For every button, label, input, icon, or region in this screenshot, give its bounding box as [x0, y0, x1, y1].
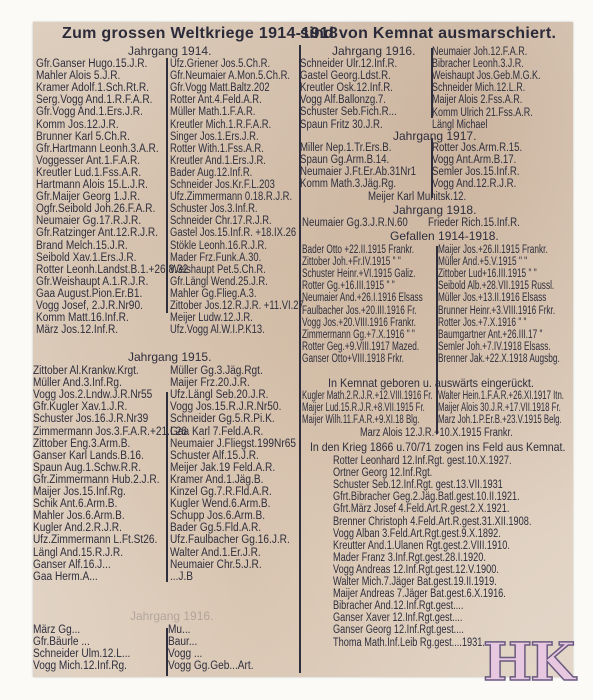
veteran-entry: Rotter Leonhard 12.Inf.Rgt. gest.10.X.19…	[333, 455, 512, 468]
name-entry: Kreutler Mich.1.R.F.A.R.	[170, 119, 271, 132]
heading-jahrgang-1916-faded: Jahrgang 1916.	[130, 610, 213, 623]
fallen-entry: Rotter Geg.+9.VIII.1917 Mazed.	[302, 341, 419, 354]
name-entry: Kramer Adolf.1.Sch.Rt.R.	[36, 82, 149, 95]
name-entry: Meijer Ludw.12.J.R.	[170, 312, 253, 325]
name-entry: Ufz.Vogg Al.W.I.P.K13.	[170, 324, 265, 337]
plaque-title-right: sind von Kemnat ausmarschiert.	[300, 27, 556, 40]
name-entry: Gaa Karl 7.Feld.A.R.	[170, 426, 263, 439]
name-entry: Ogfr.Seibold Joh.26.F.A.R.	[36, 203, 155, 216]
born-entry: Kugler Math.2.R.J.R.+12.VIII.1916 Fr.	[302, 390, 433, 403]
fallen-entry: Brenner Jak.+22.X.1918 Augsbg.	[438, 353, 560, 366]
veteran-entry: Thoma Math.Inf.Leib Rg.gest....1931.	[333, 637, 485, 650]
name-entry: Neumaier Chr.5.J.R.	[170, 559, 262, 572]
name-entry: Vogg Jos.15.R.J.R.Nr50.	[170, 401, 281, 414]
name-entry: Mahler Gg.Flieg.A.3.	[170, 288, 256, 301]
heading-jahrgang-1916: Jahrgang 1916.	[332, 45, 415, 58]
name-entry: Kreutler Lud.1.Fss.A.R.	[36, 167, 141, 180]
fallen-entry: Rotter Jos.+7.X.1916 " "	[438, 317, 527, 330]
name-entry: Hartmann Alois 15.L.J.R.	[36, 179, 148, 192]
fallen-entry: Seibold Alb.+28.VII.1915 Russl.	[438, 280, 554, 293]
name-entry: Weishaupt Jos.Geb.M.G.K.	[432, 70, 541, 83]
veteran-entry: Vogg Andreas 12.Inf.Rgt.gest.12.V.1900.	[333, 564, 499, 577]
name-entry: Zittober Eng.3.Arm.B.	[33, 438, 130, 451]
name-entry: Gfr.Weishaupt A.1.R.J.R.	[36, 276, 148, 289]
name-entry: Kreutler Osk.12.Inf.R.	[300, 82, 393, 95]
name-entry: März Jos.12.Inf.R.	[36, 324, 118, 337]
name-entry: Kinzel Gg.7.R.Fld.A.R.	[170, 486, 272, 499]
name-entry: Bader Gg.5.Fld.A.R.	[170, 522, 261, 535]
name-entry: Neumaier J.Fliegst.199Nr65	[170, 438, 296, 451]
name-entry: Semler Jos.15.Inf.R.	[432, 166, 520, 179]
name-entry: Schneider Jos.Kr.F.L.203	[170, 179, 275, 192]
name-entry: Schik Ant.6.Arm.B.	[33, 498, 117, 511]
name-entry: Neumaier J.Ft.Er.Ab.31Nr1	[300, 166, 416, 179]
name-entry: Vogg ...	[168, 648, 202, 661]
fallen-entry: Zimmermann Gg.+7.X.1916 " "	[302, 329, 415, 342]
name-entry: Gastel Georg.Ldst.R.	[300, 70, 391, 83]
veteran-entry: Schuster Seb.12.Inf.Rgt. gest.13.VII.193…	[333, 479, 503, 492]
name-entry: Schuster Seb.Fich.R...	[300, 106, 397, 119]
name-entry: Ufz.Längl Seb.20.J.R.	[170, 389, 268, 402]
name-entry: Spaun Gg.Arm.B.14.	[300, 154, 389, 167]
name-entry: Schuster Jos.16.J.R.Nr39	[33, 413, 148, 426]
name-entry: Müller Gg.3.Jäg.Rgt.	[170, 365, 263, 378]
name-entry: Bibracher Leonh.3.J.R.	[432, 58, 524, 71]
veteran-entry: Kreutter And.1.Ulanen Rgt.gest.2.VIII.19…	[333, 540, 510, 553]
name-entry: Vogg Ant.Arm.B.17.	[432, 154, 516, 167]
name-entry: Schupp Jos.6.Arm.B.	[170, 510, 265, 523]
name-entry: Komm Math.3.Jäg.Rg.	[300, 178, 396, 191]
name-entry: Vogg Jos.2.Lndw.J.R.Nr55	[33, 389, 152, 402]
fallen-entry: Bader Otto +22.II.1915 Frankr.	[302, 244, 414, 257]
name-entry: Schneider Gg.5.R.Pi.K.	[170, 413, 275, 426]
fallen-entry: Neumaier And.+26.I.1916 Elsass	[302, 292, 423, 305]
fallen-entry: Schuster Heinr.+VI.1915 Galiz.	[302, 268, 415, 281]
name-entry: Gfr.Bäurle ...	[33, 636, 90, 649]
name-entry: Längl And.15.R.J.R.	[33, 547, 123, 560]
name-entry: Ganser Karl Lands.B.16.	[33, 450, 144, 463]
name-entry: Komm Matt.16.Inf.R.	[36, 312, 129, 325]
name-entry: Ufz.Faulbacher Gg.16.J.R.	[170, 534, 290, 547]
name-entry: Miller Nep.1.Tr.Ers.B.	[300, 142, 391, 155]
fallen-entry: Semler Joh.+7.IV.1918 Elsass.	[438, 341, 551, 354]
name-entry: Gfr.Neumaier A.Mon.5.Ch.R.	[170, 70, 290, 83]
name-entry: Gfr.Längl Wend.25.J.R.	[170, 276, 268, 289]
born-entry: Maijer Lud.15.R.J.R.+8.VII.1915 Fr.	[302, 402, 425, 415]
name-entry: Vogg Alf.Ballonzg.7.	[300, 94, 386, 107]
name-entry: Schuster Jos.3.Inf.R.	[170, 203, 258, 216]
fallen-entry: Maijer Jos.+26.II.1915 Frankr.	[438, 244, 548, 257]
name-entry: Schneider Chr.17.R.J.R.	[170, 215, 272, 228]
name-entry: Kugler Wend.6.Arm.B.	[170, 498, 270, 511]
name-entry: Müller And.3.Inf.Rg.	[33, 377, 122, 390]
name-entry: Kugler And.2.R.J.R.	[33, 522, 122, 535]
name-entry: Maijer Alois 2.Fss.A.R.	[432, 94, 522, 107]
name-entry: Gfr.Hartmann Leonh.3.A.R.	[36, 143, 159, 156]
name-entry: Komm Ulrich 21.Fss.A.R.	[432, 107, 533, 120]
name-entry: Maijer Jos.15.Inf.Rg.	[33, 486, 126, 499]
name-entry: Zittober Al.Krankw.Krgt.	[33, 365, 139, 378]
veteran-entry: Mader Franz 3.Inf.Rgt.gest.28.I.1920.	[333, 552, 486, 565]
fallen-entry: Rotter Gg.+16.III.1915 " "	[302, 280, 395, 293]
name-entry: Brand Melch.15.J.R.	[36, 240, 128, 253]
plaque-title-left: Zum grossen Weltkriege 1914-1918	[62, 27, 338, 40]
name-entry: Neumaier Joh.12.F.A.R.	[432, 46, 527, 59]
name-entry: Neumaier Gg.17.R.J.R.	[36, 215, 141, 228]
watermark-logo: HK	[483, 632, 573, 693]
fallen-entry: Zittober Lud+16.III.1915 " "	[438, 268, 537, 281]
name-entry: Stökle Leonh.16.R.J.R.	[170, 240, 267, 253]
born-entry: Maijer Alois 30.J.R.+17.VII.1918 Fr.	[438, 402, 561, 415]
name-entry: Ganser Alf.16.J...	[33, 559, 111, 572]
name-entry: Gastel Jos.15.Inf.R. +18.IX.26	[170, 227, 296, 240]
name-entry: Gfr.Vogg Matt.Baltz.202	[170, 82, 270, 95]
name-entry: Gfr.Maijer Georg 1.J.R.	[36, 191, 140, 204]
name-entry: Gfr.Vogg And.1.Ers.J.R.	[36, 106, 143, 119]
name-entry: Gaa Herm.A...	[33, 571, 98, 584]
name-entry: März Gg...	[33, 624, 80, 637]
name-entry: Gfr.Kugler Xav.1.J.R.	[33, 401, 127, 414]
name-entry: Serg.Vogg And.1.R.F.A.R.	[36, 94, 152, 107]
name-entry: Vogg Mich.12.Inf.Rg.	[33, 660, 127, 673]
fallen-entry: Müller Jos.+13.II.1916 Elsass	[438, 292, 546, 305]
name-entry: Müller Math.1.F.A.R.	[170, 106, 255, 119]
veteran-entry: Brenner Christoph 4.Feld.Art.R.gest.31.X…	[333, 516, 531, 529]
name-entry: Schneider Mich.12.L.R.	[432, 82, 525, 95]
name-entry: Ufz.Zimmermann 0.18.R.J.R.	[170, 191, 292, 204]
heading-born-in-kemnat: In Kemnat geboren u. auswärts eingerückt…	[328, 377, 534, 390]
name-entry: Maijer Frz.20.J.R.	[170, 377, 250, 390]
name-entry: Schneider Ulm.12.L...	[33, 648, 130, 661]
name-entry: Ufz.Zimmermann L.Ft.St26.	[33, 534, 157, 547]
born-entry: Walter Hein.1.F.A.R.+26.XI.1917 Itn.	[438, 390, 564, 403]
veteran-entry: Vogg Alban 3.Feld.Art.Rgt.gest.9.X.1892.	[333, 528, 501, 541]
fallen-entry: Ganser Otto+VIII.1918 Frkr.	[302, 353, 404, 366]
veteran-entry: Walter Mich.7.Jäger Bat.gest.19.II.1919.	[333, 576, 497, 589]
name-entry: Schneider Ulr.12.Inf.R.	[300, 58, 397, 71]
name-entry: Rotter Jos.Arm.R.15.	[432, 142, 522, 155]
name-entry: Meijer Jak.19 Feld.A.R.	[170, 462, 275, 475]
veteran-entry: Gfrt.Bibracher Geg.2.Jäg.Batl.gest.10.II…	[333, 491, 520, 504]
heading-jahrgang-1914: Jahrgang 1914.	[128, 45, 211, 58]
name-entry: Weishaupt Pet.5.Ch.R.	[170, 264, 266, 277]
name-entry: Baur...	[168, 636, 197, 649]
name-entry: Voggesser Ant.1.F.A.R.	[36, 155, 140, 168]
name-entry: Mu...	[168, 624, 190, 637]
name-entry: Mahler Alois 5.J.R.	[36, 70, 120, 83]
fallen-entry: Zittober Joh.+Fr.IV.1915 " "	[302, 256, 401, 269]
name-entry: Rotter Leonh.Landst.B.1.+26.8.32	[36, 264, 188, 277]
name-entry: Gfr.Ganser Hugo.15.J.R.	[36, 58, 147, 71]
name-entry: Brunner Karl 5.Ch.R.	[36, 131, 130, 144]
name-entry: Gfr.Zimmermann Hub.2.J.R.	[33, 474, 160, 487]
born-entry: Maijer Wilh.11.F.A.R.+9.XI.18 Blg.	[302, 414, 419, 427]
heading-gefallen: Gefallen 1914-1918.	[390, 230, 499, 243]
name-entry: Spaun Aug.1.Schw.R.R.	[33, 462, 141, 475]
name-entry: Schuster Alf.15.J.R.	[170, 450, 259, 463]
name-entry: Bader Aug.12.Inf.R.	[170, 167, 252, 180]
name-entry: Seibold Xav.1.Ers.J.R.	[36, 252, 136, 265]
heading-jahrgang-1915: Jahrgang 1915.	[128, 351, 211, 364]
born-entry: Marz Alois 12.J.R.+10.X.1915 Frankr.	[360, 427, 513, 440]
veteran-entry: Ortner Georg 12.Inf.Rgt.	[333, 467, 432, 480]
name-entry: Mahler Jos.6.Arm.B.	[33, 510, 125, 523]
veteran-entry: Bibracher And.12.Inf.Rgt.gest....	[333, 600, 463, 613]
fallen-entry: Müller And.+5.V.1915 " "	[438, 256, 527, 269]
born-entry: Marz Joh.1.P.Er.B.+23.V.1915 Belg.	[438, 414, 562, 427]
name-entry: Walter And.1.Er.J.R.	[170, 547, 261, 560]
name-entry: Ufz.Griener Jos.5.Ch.R.	[170, 58, 270, 71]
name-entry: Kramer And.1.Jäg.B.	[170, 474, 263, 487]
name-entry: Gfr.Ratzinger Ant.12.R.J.R.	[36, 227, 158, 240]
name-entry: Kreutler And.1.Ers.J.R.	[170, 155, 266, 168]
name-entry: Vogg Gg.Geb...Art.	[168, 660, 254, 673]
veteran-entry: Ganser Georg 12.Inf.Rgt.gest....	[333, 624, 464, 637]
name-entry: Spaun Fritz 30.J.R.	[300, 119, 383, 132]
name-entry: Vogg Josef, 2.J.R.Nr90.	[36, 300, 143, 313]
name-entry: Zittober Jos.12.R.J.R. +11.VI.27	[170, 300, 304, 313]
divider-main	[299, 45, 301, 673]
heading-jahrgang-1918: Jahrgang 1918.	[393, 204, 476, 217]
name-entry: Singer Jos.1.Ers.J.R.	[170, 131, 259, 144]
name-entry: Rotter Ant.4.Feld.A.R.	[170, 94, 262, 107]
name-entry: Komm Jos.12.J.R.	[36, 119, 119, 132]
name-entry: Mader Frz.Funk.A.30.	[170, 252, 261, 265]
fallen-entry: Faulbacher Jos.+20.III.1916 Fr.	[302, 305, 417, 318]
fallen-entry: Brunner Heinr.+3.VIII.1916 Frkr.	[438, 305, 555, 318]
name-entry: Vogg And.12.R.J.R.	[432, 178, 516, 191]
name-entry: Zimmermann Jos.3.F.A.R.+21.I.26	[33, 426, 187, 439]
heading-war-1866-1871: In den Krieg 1866 u.70/71 zogen ins Feld…	[310, 441, 565, 454]
name-entry: ...J.B	[170, 571, 193, 584]
name-entry: Gaa August.Pion.Er.B1.	[36, 288, 142, 301]
divider-col1-lower	[166, 392, 168, 582]
veteran-entry: Maijer Andreas 7.Jäger Bat.gest.6.X.1916…	[333, 588, 506, 601]
name-entry: Rotter With.1.Fss.A.R.	[170, 143, 264, 156]
fallen-entry: Vogg Jos.+20.VIII.1916 Frankr.	[302, 317, 416, 330]
veteran-entry: Ganser Xaver 12.Inf.Rgt.gest....	[333, 612, 462, 625]
veteran-entry: Gfrt.März Josef 4.Feld.Art.R.gest.2.X.19…	[333, 503, 509, 516]
fallen-entry: Baumgartner Ant.+26.III.17 "	[438, 329, 542, 342]
